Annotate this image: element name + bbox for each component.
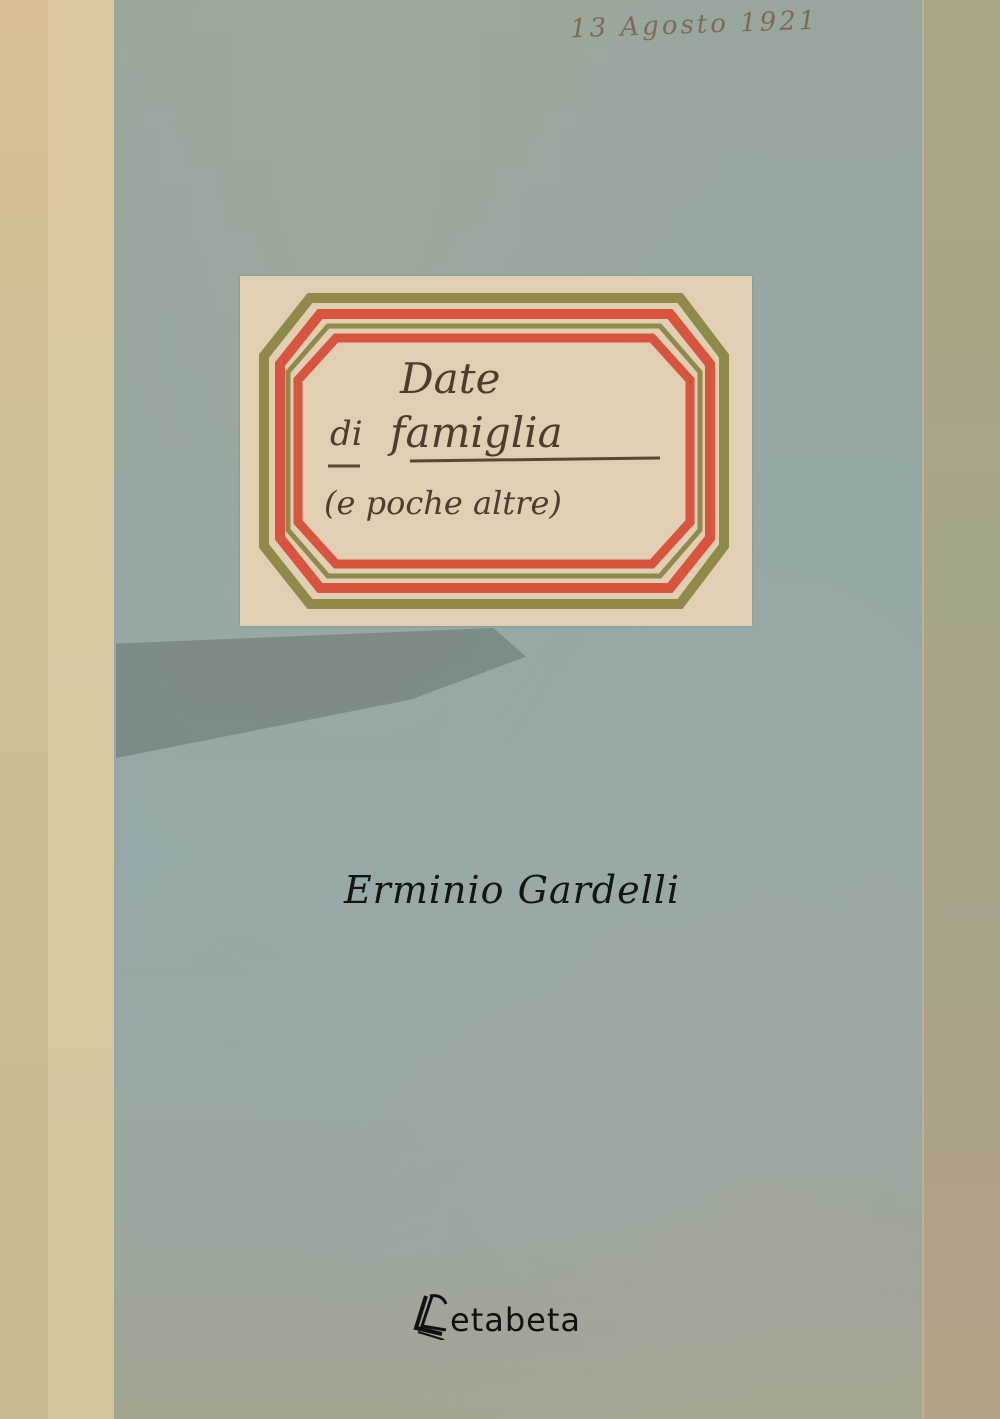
label-line-famiglia: famiglia [390, 408, 563, 457]
publisher-logo: etabeta [412, 1290, 581, 1340]
book-L-icon [412, 1292, 452, 1340]
label-line-di: di [330, 414, 363, 454]
label-line-poche-altre: (e poche altre) [324, 484, 562, 522]
title-label: Date di famiglia (e poche altre) [240, 276, 752, 626]
publisher-name: etabeta [450, 1300, 581, 1340]
spine-strip-inner [48, 0, 116, 1419]
right-paper-strip [922, 0, 1000, 1419]
spine-strip-outer [0, 0, 48, 1419]
label-line-date: Date [400, 354, 500, 403]
author-name: Erminio Gardelli [0, 868, 1000, 912]
